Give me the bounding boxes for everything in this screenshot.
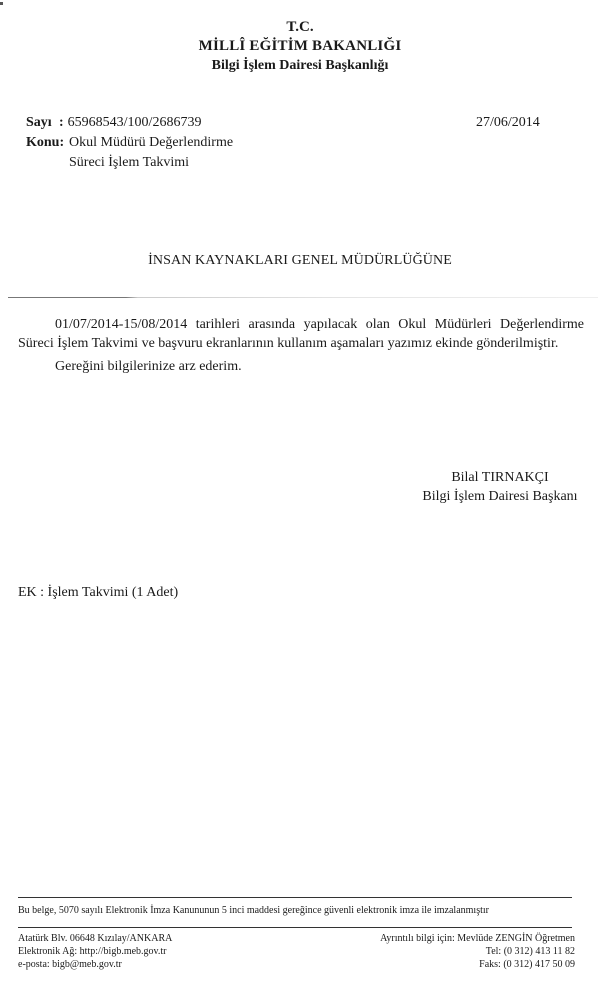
footer-address: Atatürk Blv. 06648 Kızılay/ANKARA — [18, 932, 172, 945]
document-meta: Sayı : 65968543/100/2686739 Konu: Okul M… — [26, 113, 233, 173]
letterhead-ministry: MİLLÎ EĞİTİM BAKANLIĞI — [0, 37, 600, 56]
body-paragraph-2: Gereğini bilgilerinize arz ederim. — [18, 357, 584, 376]
footer-divider-bottom — [18, 927, 572, 928]
footer-fax: Faks: (0 312) 417 50 09 — [355, 958, 575, 971]
footer-phone: Tel: (0 312) 413 11 82 — [355, 945, 575, 958]
reference-number-row: Sayı : 65968543/100/2686739 — [26, 113, 233, 133]
letterhead-country: T.C. — [0, 18, 600, 37]
subject-label: Konu: — [26, 133, 69, 153]
scan-artifact-line — [8, 297, 598, 298]
letterhead-department: Bilgi İşlem Dairesi Başkanlığı — [0, 56, 600, 76]
subject-line-2: Süreci İşlem Takvimi — [26, 153, 233, 173]
footer-website: Elektronik Ağ: http://bigb.meb.gov.tr — [18, 945, 172, 958]
signatory-title: Bilgi İşlem Dairesi Başkanı — [400, 487, 600, 506]
attachment-note: EK : İşlem Takvimi (1 Adet) — [18, 585, 178, 601]
reference-label: Sayı — [26, 113, 59, 133]
reference-number: 65968543/100/2686739 — [68, 113, 202, 133]
footer-contact-block: Ayrıntılı bilgi için: Mevlüde ZENGİN Öğr… — [355, 932, 575, 971]
scan-corner-mark — [0, 2, 3, 5]
e-signature-note: Bu belge, 5070 sayılı Elektronik İmza Ka… — [18, 904, 489, 918]
footer-divider-top — [18, 897, 572, 898]
reference-colon: : — [59, 113, 64, 133]
signatory-name: Bilal TIRNAKÇI — [400, 468, 600, 487]
body-paragraph-1: 01/07/2014-15/08/2014 tarihleri arasında… — [18, 315, 584, 353]
footer-address-block: Atatürk Blv. 06648 Kızılay/ANKARA Elektr… — [18, 932, 172, 971]
subject-row: Konu: Okul Müdürü Değerlendirme — [26, 133, 233, 153]
letterhead: T.C. MİLLÎ EĞİTİM BAKANLIĞI Bilgi İşlem … — [0, 18, 600, 76]
subject-line-1: Okul Müdürü Değerlendirme — [69, 133, 233, 153]
letter-body: 01/07/2014-15/08/2014 tarihleri arasında… — [18, 315, 584, 376]
addressee: İNSAN KAYNAKLARI GENEL MÜDÜRLÜĞÜNE — [0, 253, 600, 269]
signature-block: Bilal TIRNAKÇI Bilgi İşlem Dairesi Başka… — [400, 468, 600, 506]
document-date: 27/06/2014 — [476, 113, 540, 133]
footer-contact-person: Ayrıntılı bilgi için: Mevlüde ZENGİN Öğr… — [355, 932, 575, 945]
footer-email: e-posta: bigb@meb.gov.tr — [18, 958, 172, 971]
